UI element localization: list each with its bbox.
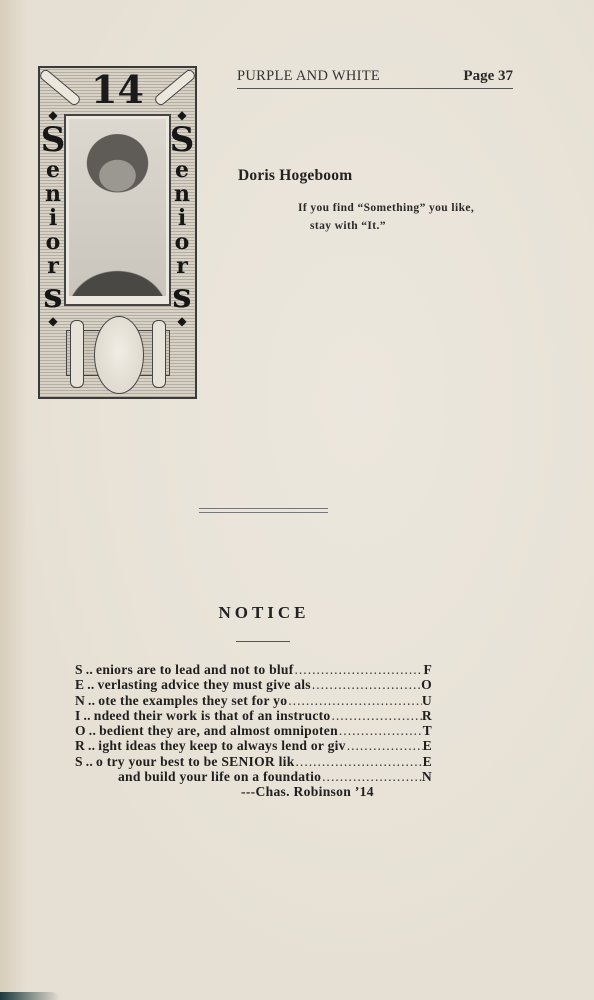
portrait-image [69, 119, 166, 296]
scroll-column-left-icon [70, 320, 84, 388]
poem-line: O .. bedient they are, and almost omnipo… [75, 723, 432, 738]
dot-leader [330, 708, 421, 724]
diamond-icon: ◆ [177, 315, 186, 327]
dot-leader [311, 677, 421, 693]
page-number: Page 37 [463, 68, 513, 88]
poem-line: and build your life on a foundatioN [75, 769, 432, 784]
running-header: PURPLE AND WHITE Page 37 [237, 66, 513, 89]
dot-leader [295, 754, 423, 770]
poem-line: S .. eniors are to lead and not to blufF [75, 662, 432, 677]
student-name: Doris Hogeboom [238, 167, 352, 185]
seniors-vertical-text-right: ◆ S e n i o r s ◆ [170, 108, 194, 328]
class-year: 14 [40, 70, 195, 110]
motto-line-2: stay with “It.” [298, 217, 528, 235]
dot-leader [321, 769, 422, 785]
acrostic-poem: S .. eniors are to lead and not to blufF… [75, 662, 432, 784]
book-spine-shadow [0, 992, 60, 1000]
publication-title: PURPLE AND WHITE [237, 68, 380, 88]
poem-line: R .. ight ideas they keep to always lend… [75, 738, 432, 753]
student-motto: If you find “Something” you like, stay w… [298, 199, 528, 235]
dot-leader [346, 738, 423, 754]
seniors-ornament-frame: 14 ◆ S e n i o r s ◆ ◆ S e n i o r s ◆ [38, 66, 197, 399]
cameo-portrait-icon [94, 316, 144, 394]
dot-leader [338, 723, 423, 739]
dot-leader [294, 662, 424, 678]
cameo-medallion [62, 316, 174, 394]
poem-line: N .. ote the examples they set for yoU [75, 693, 432, 708]
student-portrait-photo [64, 114, 171, 306]
heading-rule [236, 641, 290, 642]
notice-heading: NOTICE [0, 603, 528, 623]
section-divider [199, 508, 328, 513]
poem-line: S .. o try your best to be SENIOR likE [75, 754, 432, 769]
motto-line-1: If you find “Something” you like, [298, 202, 474, 214]
scroll-column-right-icon [152, 320, 166, 388]
diamond-icon: ◆ [48, 315, 57, 327]
seniors-vertical-text-left: ◆ S e n i o r s ◆ [41, 108, 65, 328]
poem-signature: ---Chas. Robinson ’14 [241, 784, 374, 800]
poem-line: I .. ndeed their work is that of an inst… [75, 708, 432, 723]
poem-line: E .. verlasting advice they must give al… [75, 677, 432, 692]
dot-leader [287, 693, 422, 709]
